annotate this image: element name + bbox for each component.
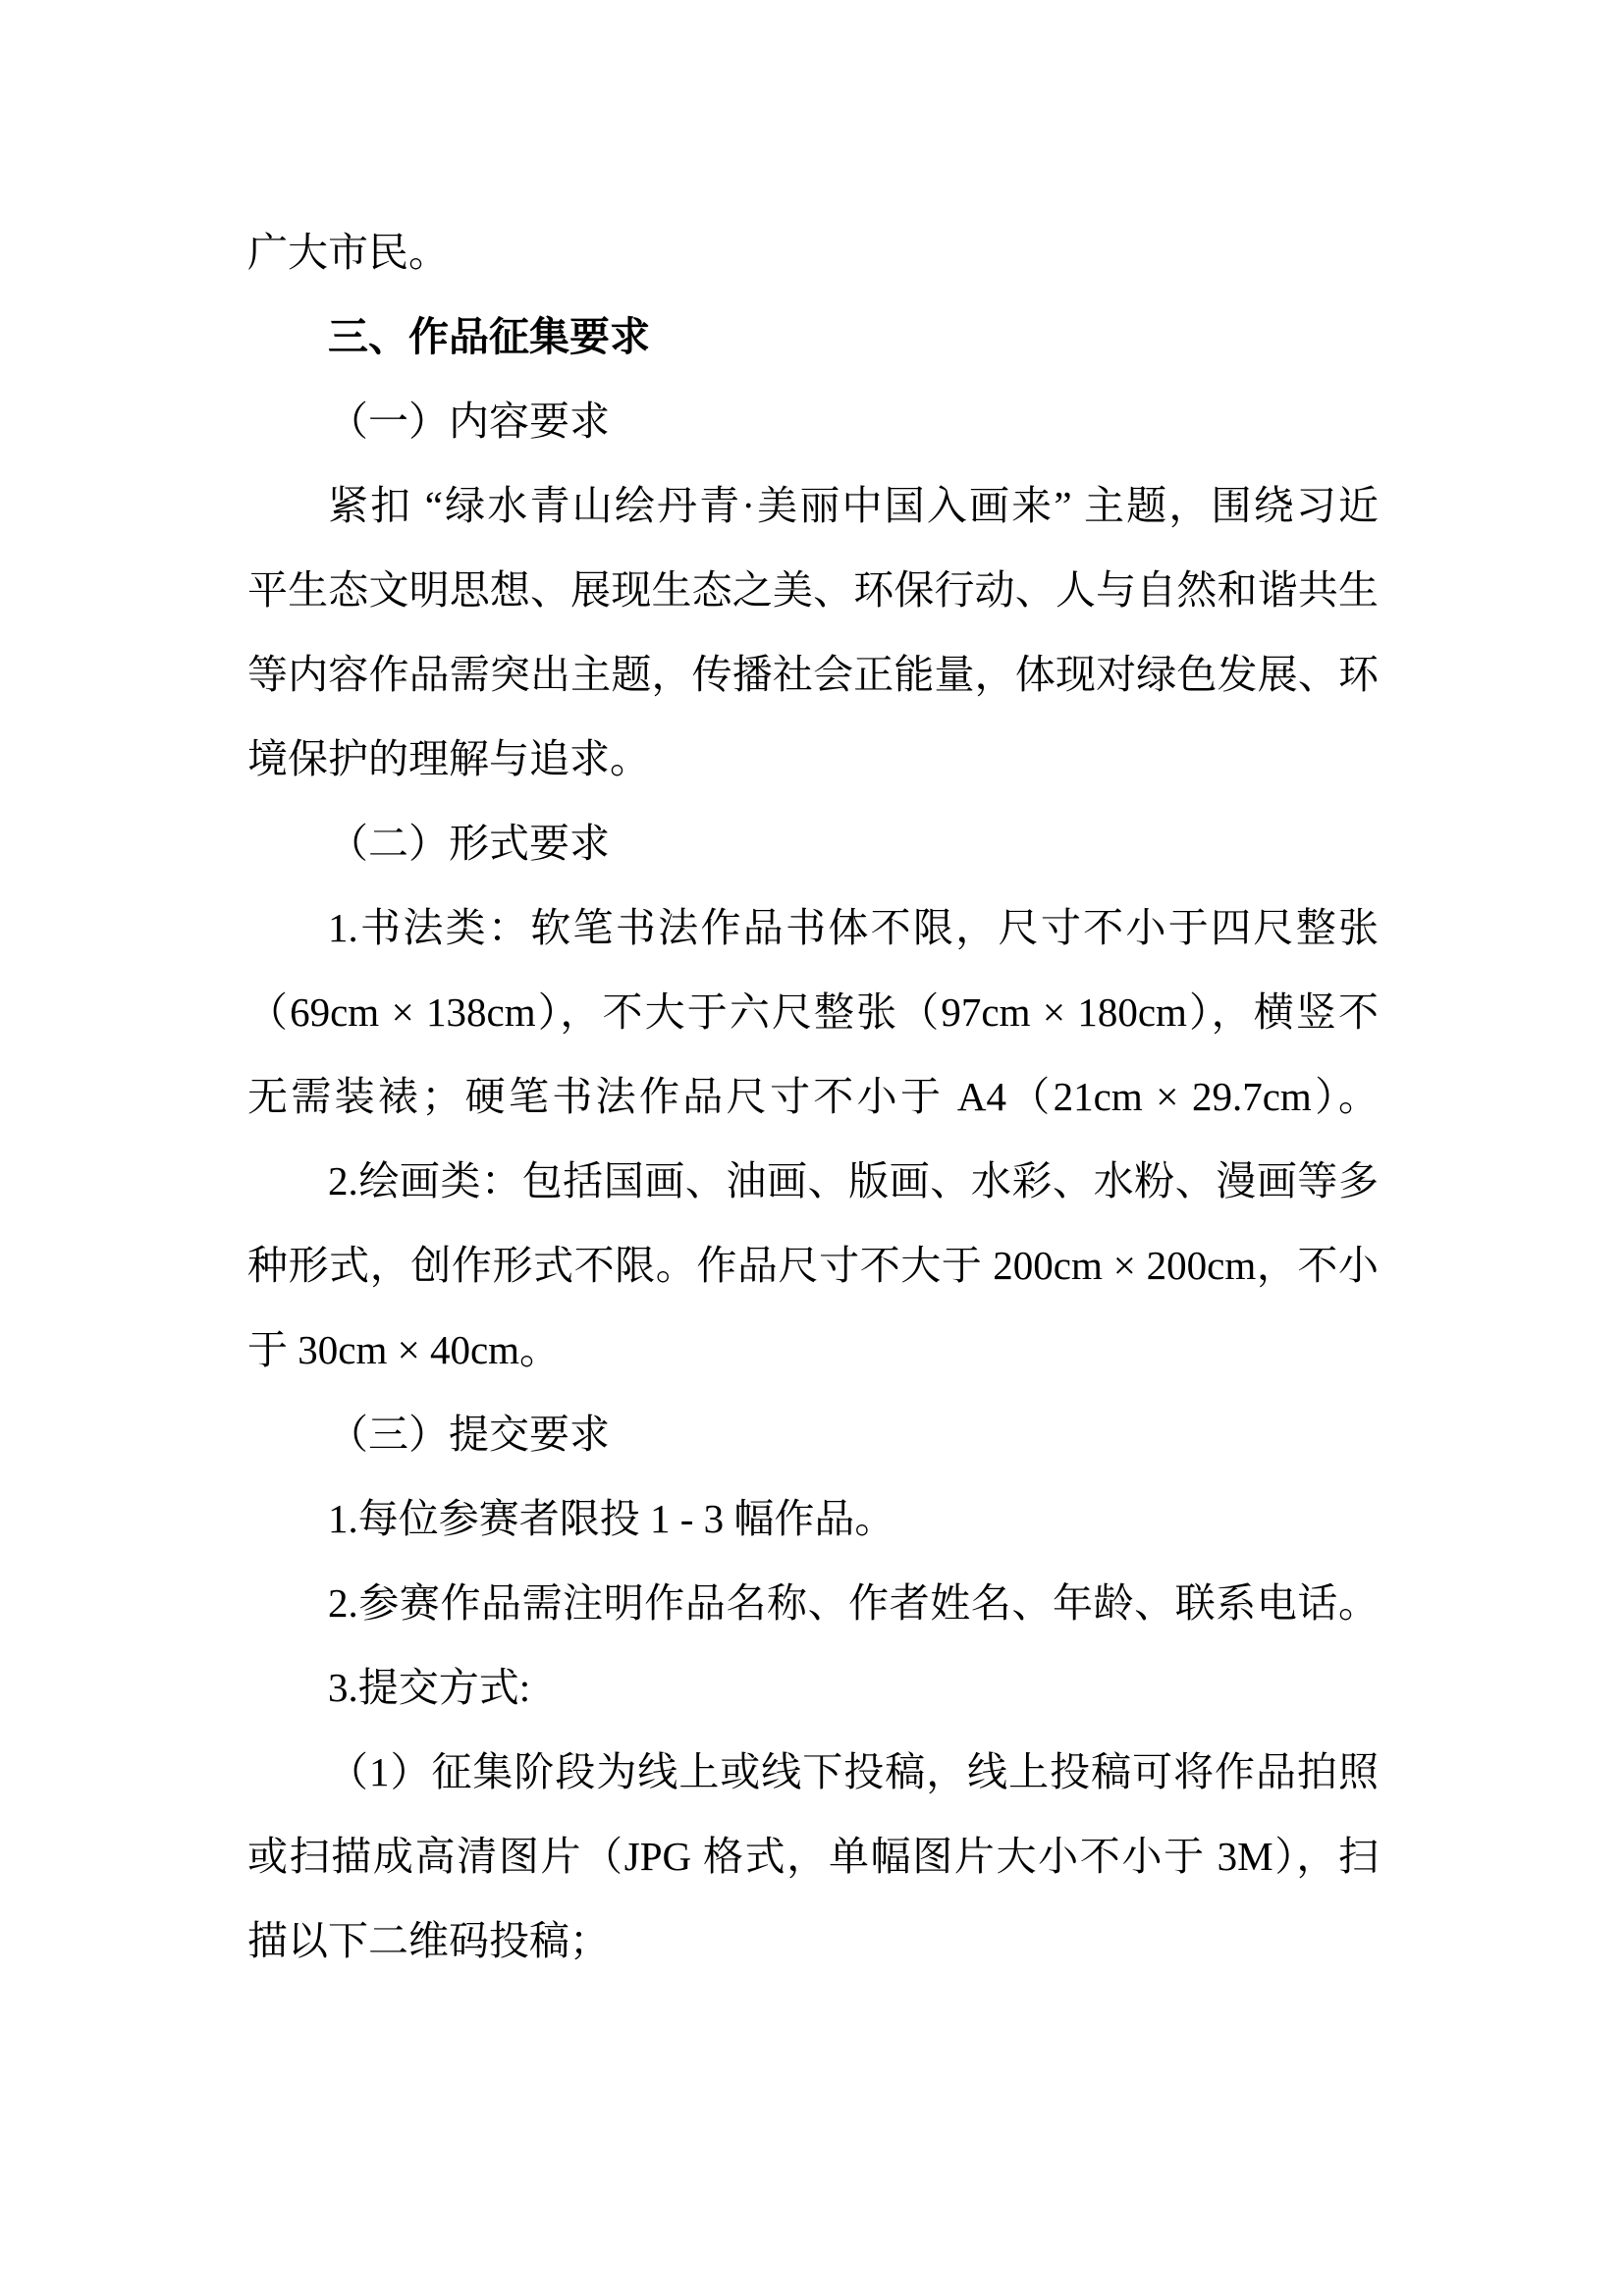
subsection-heading-content: （一）内容要求 [247, 379, 1379, 463]
section-heading: 三、作品征集要求 [247, 294, 1379, 379]
body-line: 等内容作品需突出主题，传播社会正能量，体现对绿色发展、环 [247, 632, 1379, 717]
body-line: （1）征集阶段为线上或线下投稿，线上投稿可将作品拍照 [247, 1730, 1379, 1814]
body-line-continuation: 广大市民。 [247, 210, 1379, 294]
body-line: （69cm × 138cm），不大于六尺整张（97cm × 180cm），横竖不… [247, 970, 1379, 1054]
body-line: 紧扣 “绿水青山绘丹青·美丽中国入画来” 主题，围绕习近 [247, 463, 1379, 548]
document-text-block: 广大市民。 三、作品征集要求 （一）内容要求 紧扣 “绿水青山绘丹青·美丽中国入… [247, 210, 1379, 1983]
subsection-heading-format: （二）形式要求 [247, 801, 1379, 885]
body-line: 种形式，创作形式不限。作品尺寸不大于 200cm × 200cm，不小 [247, 1223, 1379, 1308]
list-item-painting: 2.绘画类：包括国画、油画、版画、水彩、水粉、漫画等多 [247, 1139, 1379, 1223]
body-line: 描以下二维码投稿； [247, 1898, 1379, 1983]
document-page: 广大市民。 三、作品征集要求 （一）内容要求 紧扣 “绿水青山绘丹青·美丽中国入… [0, 0, 1624, 2296]
subsection-heading-submission: （三）提交要求 [247, 1392, 1379, 1476]
list-item-submission-method: 3.提交方式: [247, 1645, 1379, 1730]
list-item-entry-info: 2.参赛作品需注明作品名称、作者姓名、年龄、联系电话。 [247, 1561, 1379, 1645]
body-line: 或扫描成高清图片（JPG 格式，单幅图片大小不小于 3M），扫 [247, 1814, 1379, 1898]
body-line: 于 30cm × 40cm。 [247, 1308, 1379, 1392]
list-item-entry-limit: 1.每位参赛者限投 1 - 3 幅作品。 [247, 1476, 1379, 1561]
list-item-calligraphy: 1.书法类：软笔书法作品书体不限，尺寸不小于四尺整张 [247, 885, 1379, 970]
body-line: 平生态文明思想、展现生态之美、环保行动、人与自然和谐共生 [247, 548, 1379, 632]
body-line: 无需装裱；硬笔书法作品尺寸不小于 A4（21cm × 29.7cm）。 [247, 1054, 1379, 1139]
body-line: 境保护的理解与追求。 [247, 717, 1379, 801]
